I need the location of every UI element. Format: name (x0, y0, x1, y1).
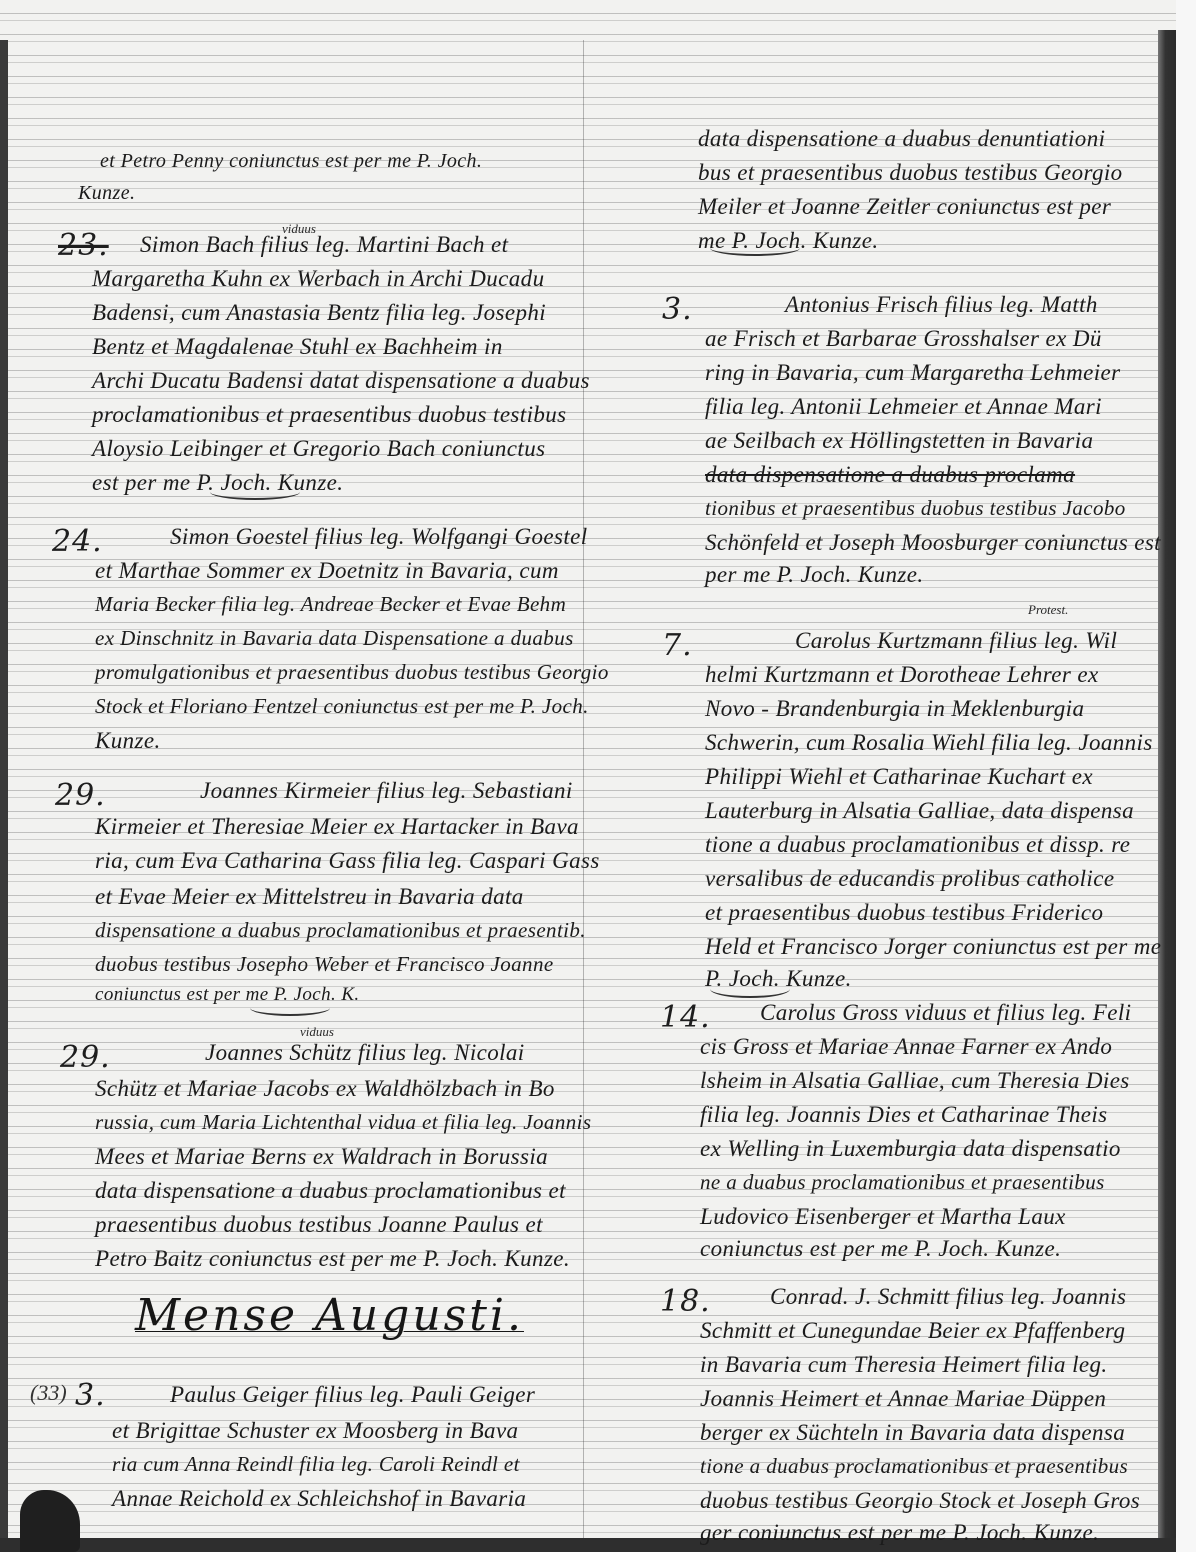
entry-line: Kunze. (95, 728, 161, 754)
interlinear-note: viduus (300, 1024, 334, 1040)
entry-line: ger coniunctus est per me P. Joch. Kunze… (700, 1520, 1099, 1546)
entry-line: Joannis Heimert et Annae Mariae Düppen (700, 1386, 1106, 1412)
carryover-line: et Petro Penny coniunctus est per me P. … (100, 150, 482, 173)
carryover-line: data dispensatione a duabus denuntiation… (698, 126, 1105, 152)
entry-line: Maria Becker filia leg. Andreae Becker e… (95, 592, 566, 617)
entry-line: promulgationibus et praesentibus duobus … (95, 660, 609, 685)
entry-number: 3. (662, 292, 693, 327)
entry-line: Aloysio Leibinger et Gregorio Bach coniu… (92, 436, 545, 462)
interlinear-note: Protest. (1028, 602, 1068, 618)
entry-line: ae Frisch et Barbarae Grosshalser ex Dü (705, 326, 1102, 352)
entry-number: 29. (60, 1040, 111, 1075)
entry-line: dispensatione a duabus proclamationibus … (95, 918, 586, 943)
entry-line: Joannes Kirmeier filius leg. Sebastiani (200, 778, 573, 804)
entry-line: tione a duabus proclamationibus et dissp… (705, 832, 1130, 858)
signature-flourish (710, 240, 800, 256)
entry-line: et Evae Meier ex Mittelstreu in Bavaria … (95, 884, 524, 910)
entry-line: duobus testibus Georgio Stock et Joseph … (700, 1488, 1140, 1514)
entry-line: Stock et Floriano Fentzel coniunctus est… (95, 694, 589, 719)
entry-line: cis Gross et Mariae Annae Farner ex Ando (700, 1034, 1112, 1060)
right-margin (1176, 0, 1196, 1552)
entry-number: 18. (660, 1284, 711, 1319)
entry-number: 3. (75, 1378, 106, 1413)
entry-line: russia, cum Maria Lichtenthal vidua et f… (95, 1110, 591, 1135)
column-divider (583, 40, 584, 1540)
entry-line: Kirmeier et Theresiae Meier ex Hartacker… (95, 814, 579, 840)
entry-line: berger ex Süchteln in Bavaria data dispe… (700, 1420, 1125, 1446)
entry-line: per me P. Joch. Kunze. (705, 562, 924, 588)
right-binding-shadow (1158, 30, 1176, 1552)
margin-note: (33) (30, 1380, 67, 1406)
entry-line: Margaretha Kuhn ex Werbach in Archi Duca… (92, 266, 544, 292)
signature-flourish (710, 980, 790, 998)
entry-line: ex Dinschnitz in Bavaria data Dispensati… (95, 626, 574, 651)
entry-line: Philippi Wiehl et Catharinae Kuchart ex (705, 764, 1093, 790)
entry-line: et Brigittae Schuster ex Moosberg in Bav… (112, 1418, 518, 1444)
entry-line: et Marthae Sommer ex Doetnitz in Bavaria… (95, 558, 559, 584)
entry-line: Carolus Kurtzmann filius leg. Wil (795, 628, 1117, 654)
entry-line: Petro Baitz coniunctus est per me P. Joc… (95, 1246, 570, 1272)
entry-line: ne a duabus proclamationibus et praesent… (700, 1170, 1105, 1195)
entry-line: Lauterburg in Alsatia Galliae, data disp… (705, 798, 1134, 824)
month-heading: Mense Augusti. (135, 1290, 524, 1341)
entry-line: Schütz et Mariae Jacobs ex Waldhölzbach … (95, 1076, 555, 1102)
entry-line: Annae Reichold ex Schleichshof in Bavari… (112, 1486, 526, 1512)
entry-line: ring in Bavaria, cum Margaretha Lehmeier (705, 360, 1120, 386)
entry-line: duobus testibus Josepho Weber et Francis… (95, 952, 554, 977)
left-binding-shadow (0, 40, 8, 1552)
entry-line: tionibus et praesentibus duobus testibus… (705, 496, 1126, 521)
entry-line: Joannes Schütz filius leg. Nicolai (205, 1040, 525, 1066)
entry-number: 7. (662, 628, 693, 663)
entry-line: tione a duabus proclamationibus et praes… (700, 1454, 1128, 1479)
entry-line: Held et Francisco Jorger coniunctus est … (705, 934, 1161, 960)
entry-line: et praesentibus duobus testibus Frideric… (705, 900, 1103, 926)
entry-line: Ludovico Eisenberger et Martha Laux (700, 1204, 1066, 1230)
entry-line: Schwerin, cum Rosalia Wiehl filia leg. J… (705, 730, 1153, 756)
entry-line: Mees et Mariae Berns ex Waldrach in Boru… (95, 1144, 548, 1170)
entry-line: Paulus Geiger filius leg. Pauli Geiger (170, 1382, 535, 1408)
entry-line: Badensi, cum Anastasia Bentz filia leg. … (92, 300, 546, 326)
entry-line: Simon Goestel filius leg. Wolfgangi Goes… (170, 524, 588, 550)
entry-line: Conrad. J. Schmitt filius leg. Joannis (770, 1284, 1126, 1310)
entry-line: Simon Bach filius leg. Martini Bach et (140, 232, 508, 258)
entry-line: Schmitt et Cunegundae Beier ex Pfaffenbe… (700, 1318, 1125, 1344)
entry-line: versalibus de educandis prolibus catholi… (705, 866, 1114, 892)
entry-line: data dispensatione a duabus proclama (705, 462, 1075, 488)
entry-number: 29. (55, 778, 106, 813)
entry-line: Carolus Gross viduus et filius leg. Feli (760, 1000, 1131, 1026)
entry-line: Novo - Brandenburgia in Meklenburgia (705, 696, 1084, 722)
entry-line: proclamationibus et praesentibus duobus … (92, 402, 567, 428)
entry-line: coniunctus est per me P. Joch. Kunze. (700, 1236, 1061, 1262)
entry-line: Antonius Frisch filius leg. Matth (785, 292, 1098, 318)
entry-line: praesentibus duobus testibus Joanne Paul… (95, 1212, 543, 1238)
carryover-line: Kunze. (78, 182, 135, 205)
entry-line: Bentz et Magdalenae Stuhl ex Bachheim in (92, 334, 503, 360)
entry-line: ae Seilbach ex Höllingstetten in Bavaria (705, 428, 1093, 454)
entry-number: 23. (58, 228, 109, 263)
signature-flourish (250, 1000, 330, 1016)
entry-number: 14. (660, 1000, 711, 1035)
register-page: et Petro Penny coniunctus est per me P. … (0, 0, 1196, 1552)
carryover-line: bus et praesentibus duobus testibus Geor… (698, 160, 1123, 186)
signature-flourish (210, 484, 300, 500)
entry-line: filia leg. Joannis Dies et Catharinae Th… (700, 1102, 1108, 1128)
entry-line: lsheim in Alsatia Galliae, cum Theresia … (700, 1068, 1130, 1094)
entry-line: ria, cum Eva Catharina Gass filia leg. C… (95, 848, 600, 874)
entry-line: ria cum Anna Reindl filia leg. Caroli Re… (112, 1452, 520, 1477)
entry-line: data dispensatione a duabus proclamation… (95, 1178, 566, 1204)
entry-line: filia leg. Antonii Lehmeier et Annae Mar… (705, 394, 1102, 420)
entry-line: in Bavaria cum Theresia Heimert filia le… (700, 1352, 1108, 1378)
entry-number: 24. (52, 524, 103, 559)
corner-shadow-blot (20, 1490, 80, 1552)
carryover-line: Meiler et Joanne Zeitler coniunctus est … (698, 194, 1111, 220)
entry-line: Archi Ducatu Badensi datat dispensatione… (92, 368, 590, 394)
entry-line: Schönfeld et Joseph Moosburger coniunctu… (705, 530, 1161, 556)
entry-line: helmi Kurtzmann et Dorotheae Lehrer ex (705, 662, 1099, 688)
entry-line: ex Welling in Luxemburgia data dispensat… (700, 1136, 1121, 1162)
